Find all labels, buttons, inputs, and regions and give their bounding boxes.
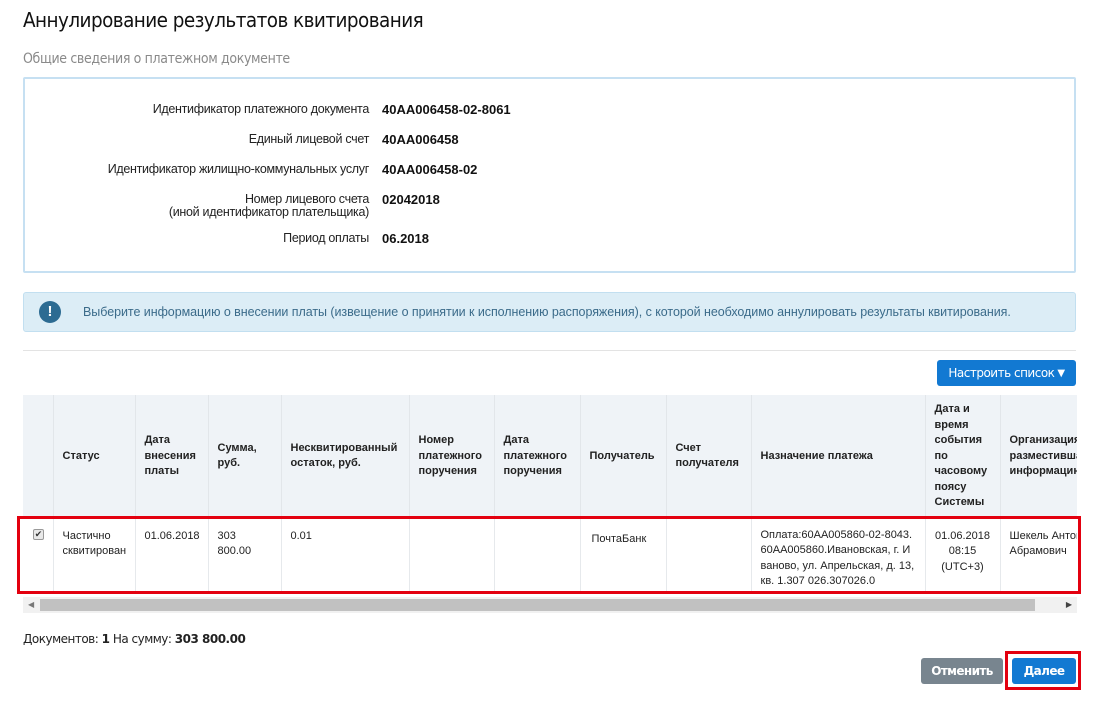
info-value: 40АА006458-02-8061 [382,103,511,117]
info-value: 40АА006458-02 [382,163,477,177]
info-value: 06.2018 [382,232,429,246]
column-header-organization[interactable]: Организация, разместившая информацию [1000,395,1077,518]
cell-organization: Шекель Антон Абрамович [1000,518,1077,592]
next-button[interactable]: Далее [1012,658,1076,684]
row-checkbox[interactable]: ✔ [33,529,44,540]
documents-label: Документов: [23,632,98,646]
horizontal-scrollbar[interactable]: ◀ ▶ [23,597,1077,613]
scroll-left-arrow-icon[interactable]: ◀ [28,600,34,609]
cell-event-datetime: 01.06.2018 08:15 (UTC+3) [925,518,1000,592]
column-header-recipient[interactable]: Получатель [580,395,666,518]
cell-recipient: ПочтаБанк [580,518,666,592]
cell-amount: 303 800.00 [208,518,281,592]
column-header-select [23,395,53,518]
cell-order-date [494,518,580,592]
info-value: 40АА006458 [382,133,459,147]
info-value: 02042018 [382,193,440,207]
cell-unreconciled: 0.01 [281,518,409,592]
column-header-unreconciled[interactable]: Несквитированный остаток, руб. [281,395,409,518]
info-label: Единый лицевой счет [249,133,369,146]
section-title: Общие сведения о платежном документе [23,51,290,67]
sum-label: На сумму: [113,632,172,646]
column-header-purpose[interactable]: Назначение платежа [751,395,925,518]
select-cell: ✔ [23,518,53,592]
column-header-order-date[interactable]: Дата платежного поручения [494,395,580,518]
info-label: Идентификатор жилищно-коммунальных услуг [108,163,369,176]
cell-status: Частично сквитирован [53,518,135,592]
table-row[interactable]: ✔ Частично сквитирован 01.06.2018 303 80… [23,518,1077,592]
column-header-event-datetime[interactable]: Дата и время события по часовому поясу С… [925,395,1000,518]
scrollbar-thumb[interactable] [40,599,1035,611]
caret-down-icon: ▼ [1057,368,1064,379]
cell-recipient-account [666,518,751,592]
cell-payment-date: 01.06.2018 [135,518,208,592]
payments-table-container: Статус Дата внесения платы Сумма, руб. Н… [23,395,1077,615]
column-header-status[interactable]: Статус [53,395,135,518]
cell-order-number [409,518,494,592]
column-header-recipient-account[interactable]: Счет получателя [666,395,751,518]
payments-table: Статус Дата внесения платы Сумма, руб. Н… [23,395,1077,592]
cancel-button[interactable]: Отменить [921,658,1003,684]
table-header-row: Статус Дата внесения платы Сумма, руб. Н… [23,395,1077,518]
sum-value: 303 800.00 [175,632,246,646]
summary: Документов: 1 На сумму: 303 800.00 [23,632,245,646]
document-info-panel: Идентификатор платежного документа 40АА0… [23,77,1076,273]
info-alert: ! Выберите информацию о внесении платы (… [23,292,1076,332]
configure-list-label: Настроить список [948,366,1054,380]
info-label: Номер лицевого счета (иной идентификатор… [169,193,369,219]
info-label: Период оплаты [283,232,369,245]
column-header-amount[interactable]: Сумма, руб. [208,395,281,518]
documents-count: 1 [102,632,110,646]
info-label: Идентификатор платежного документа [153,103,369,116]
info-label-line2: (иной идентификатор плательщика) [169,205,369,219]
column-header-order-number[interactable]: Номер платежного поручения [409,395,494,518]
cell-purpose: Оплата:60АА005860-02-8043.60АА005860.Ива… [751,518,925,592]
alert-text: Выберите информацию о внесении платы (из… [83,305,1011,319]
exclamation-circle-icon: ! [39,301,61,323]
scroll-right-arrow-icon[interactable]: ▶ [1066,600,1072,609]
divider [23,350,1076,351]
info-label-line1: Номер лицевого счета [245,192,369,206]
column-header-payment-date[interactable]: Дата внесения платы [135,395,208,518]
page-title: Аннулирование результатов квитирования [23,8,423,32]
configure-list-button[interactable]: Настроить список ▼ [937,360,1076,386]
